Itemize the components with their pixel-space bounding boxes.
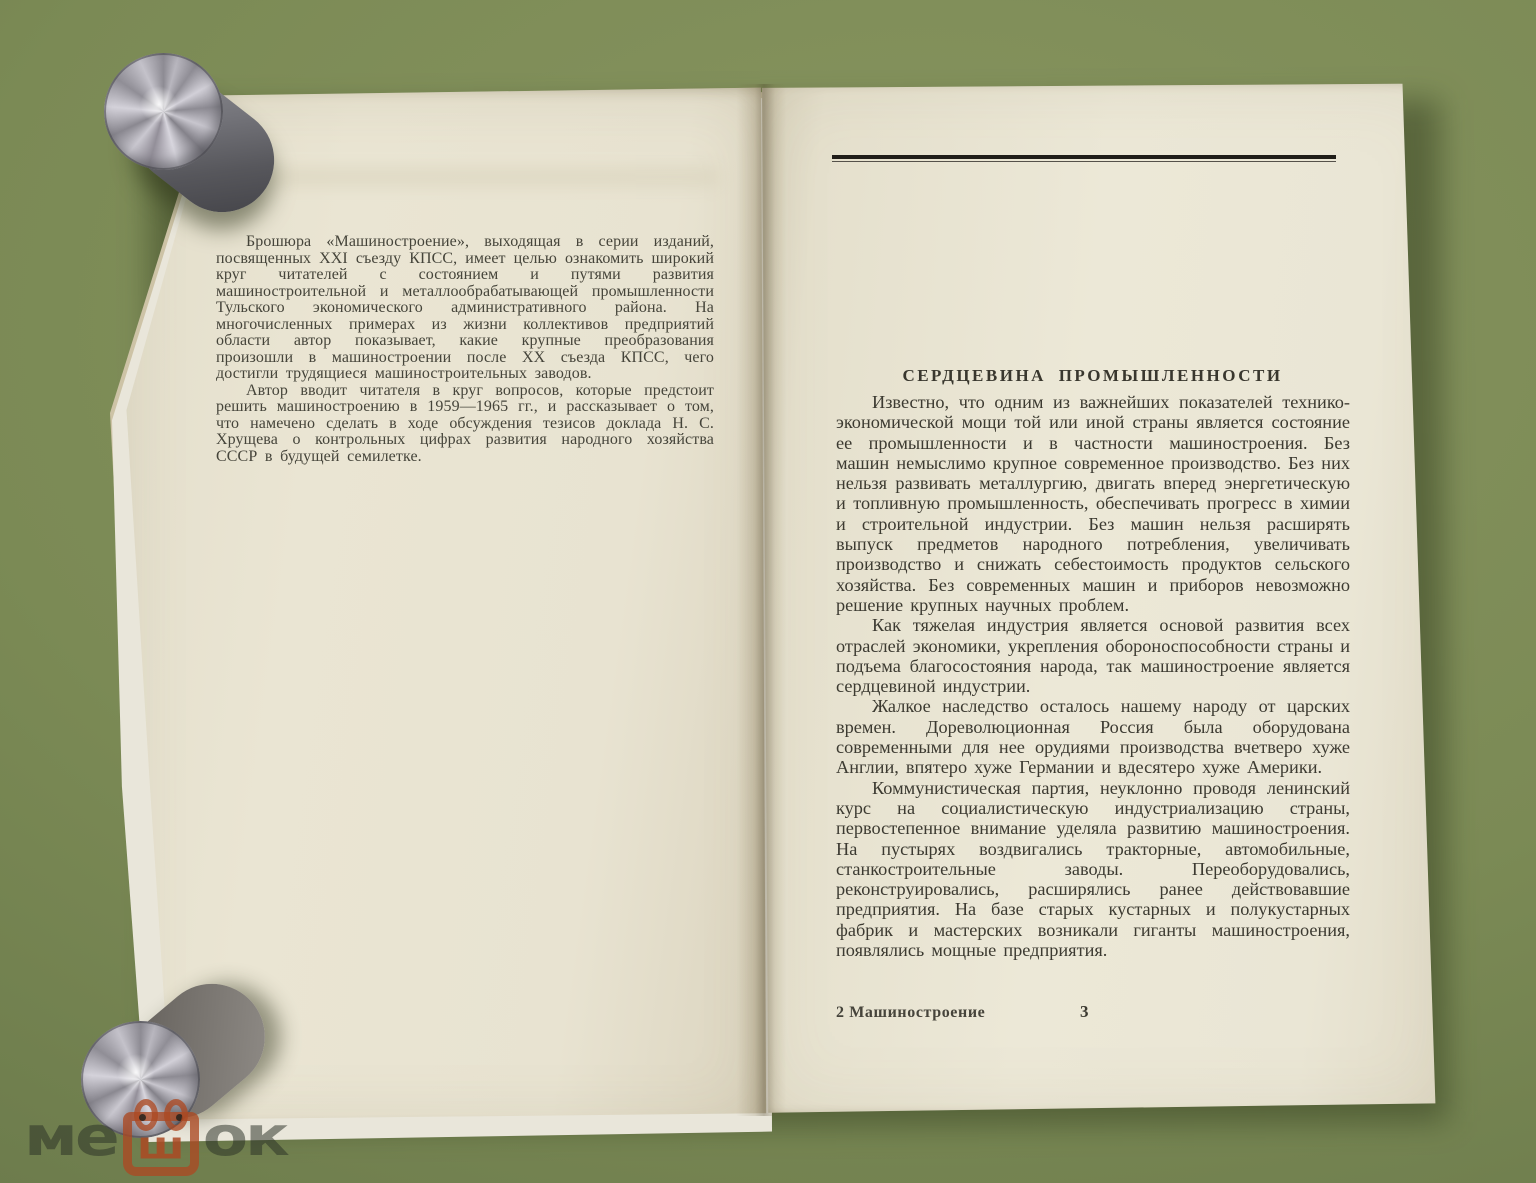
annotation-text: Брошюра «Машиностроение», выходящая в се… (216, 234, 714, 465)
chapter-title: СЕРДЦЕВИНА ПРОМЫШЛЕННОСТИ (795, 366, 1390, 386)
showthrough-ghost (270, 166, 720, 188)
bag-handle-dot (176, 1114, 183, 1121)
body-paragraph-3: Жалкое наследство осталось нашему народу… (836, 696, 1350, 777)
photo-scene: Брошюра «Машиностроение», выходящая в се… (0, 0, 1536, 1183)
body-paragraph-2: Как тяжелая индустрия является основой р… (836, 615, 1350, 696)
page-footer: 2 Машиностроение 3 (836, 1004, 1350, 1028)
watermark-text-right: ок (203, 1114, 287, 1160)
body-paragraph-1: Известно, что одним из важнейших показат… (836, 392, 1350, 615)
pin-cap-icon (104, 53, 223, 170)
watermark: ме ш ок (24, 1098, 287, 1176)
bag-handle-dot (139, 1114, 146, 1121)
chapter-head-rule (832, 155, 1336, 162)
shopping-bag-icon: ш (123, 1112, 199, 1176)
left-page: Брошюра «Машиностроение», выходящая в се… (120, 86, 770, 1131)
printers-signature: 2 Машиностроение (836, 1004, 985, 1022)
annotation-paragraph-2: Автор вводит читателя в круг вопросов, к… (216, 383, 714, 466)
watermark-bag-letter: ш (137, 1126, 185, 1164)
chapter-body: Известно, что одним из важнейших показат… (836, 392, 1350, 960)
watermark-text-left: ме (24, 1114, 117, 1160)
page-number: 3 (1080, 1002, 1089, 1022)
annotation-paragraph-1: Брошюра «Машиностроение», выходящая в се… (216, 234, 714, 383)
right-page: СЕРДЦЕВИНА ПРОМЫШЛЕННОСТИ Известно, что … (755, 78, 1455, 1120)
body-paragraph-4: Коммунистическая партия, неуклонно прово… (836, 778, 1350, 961)
